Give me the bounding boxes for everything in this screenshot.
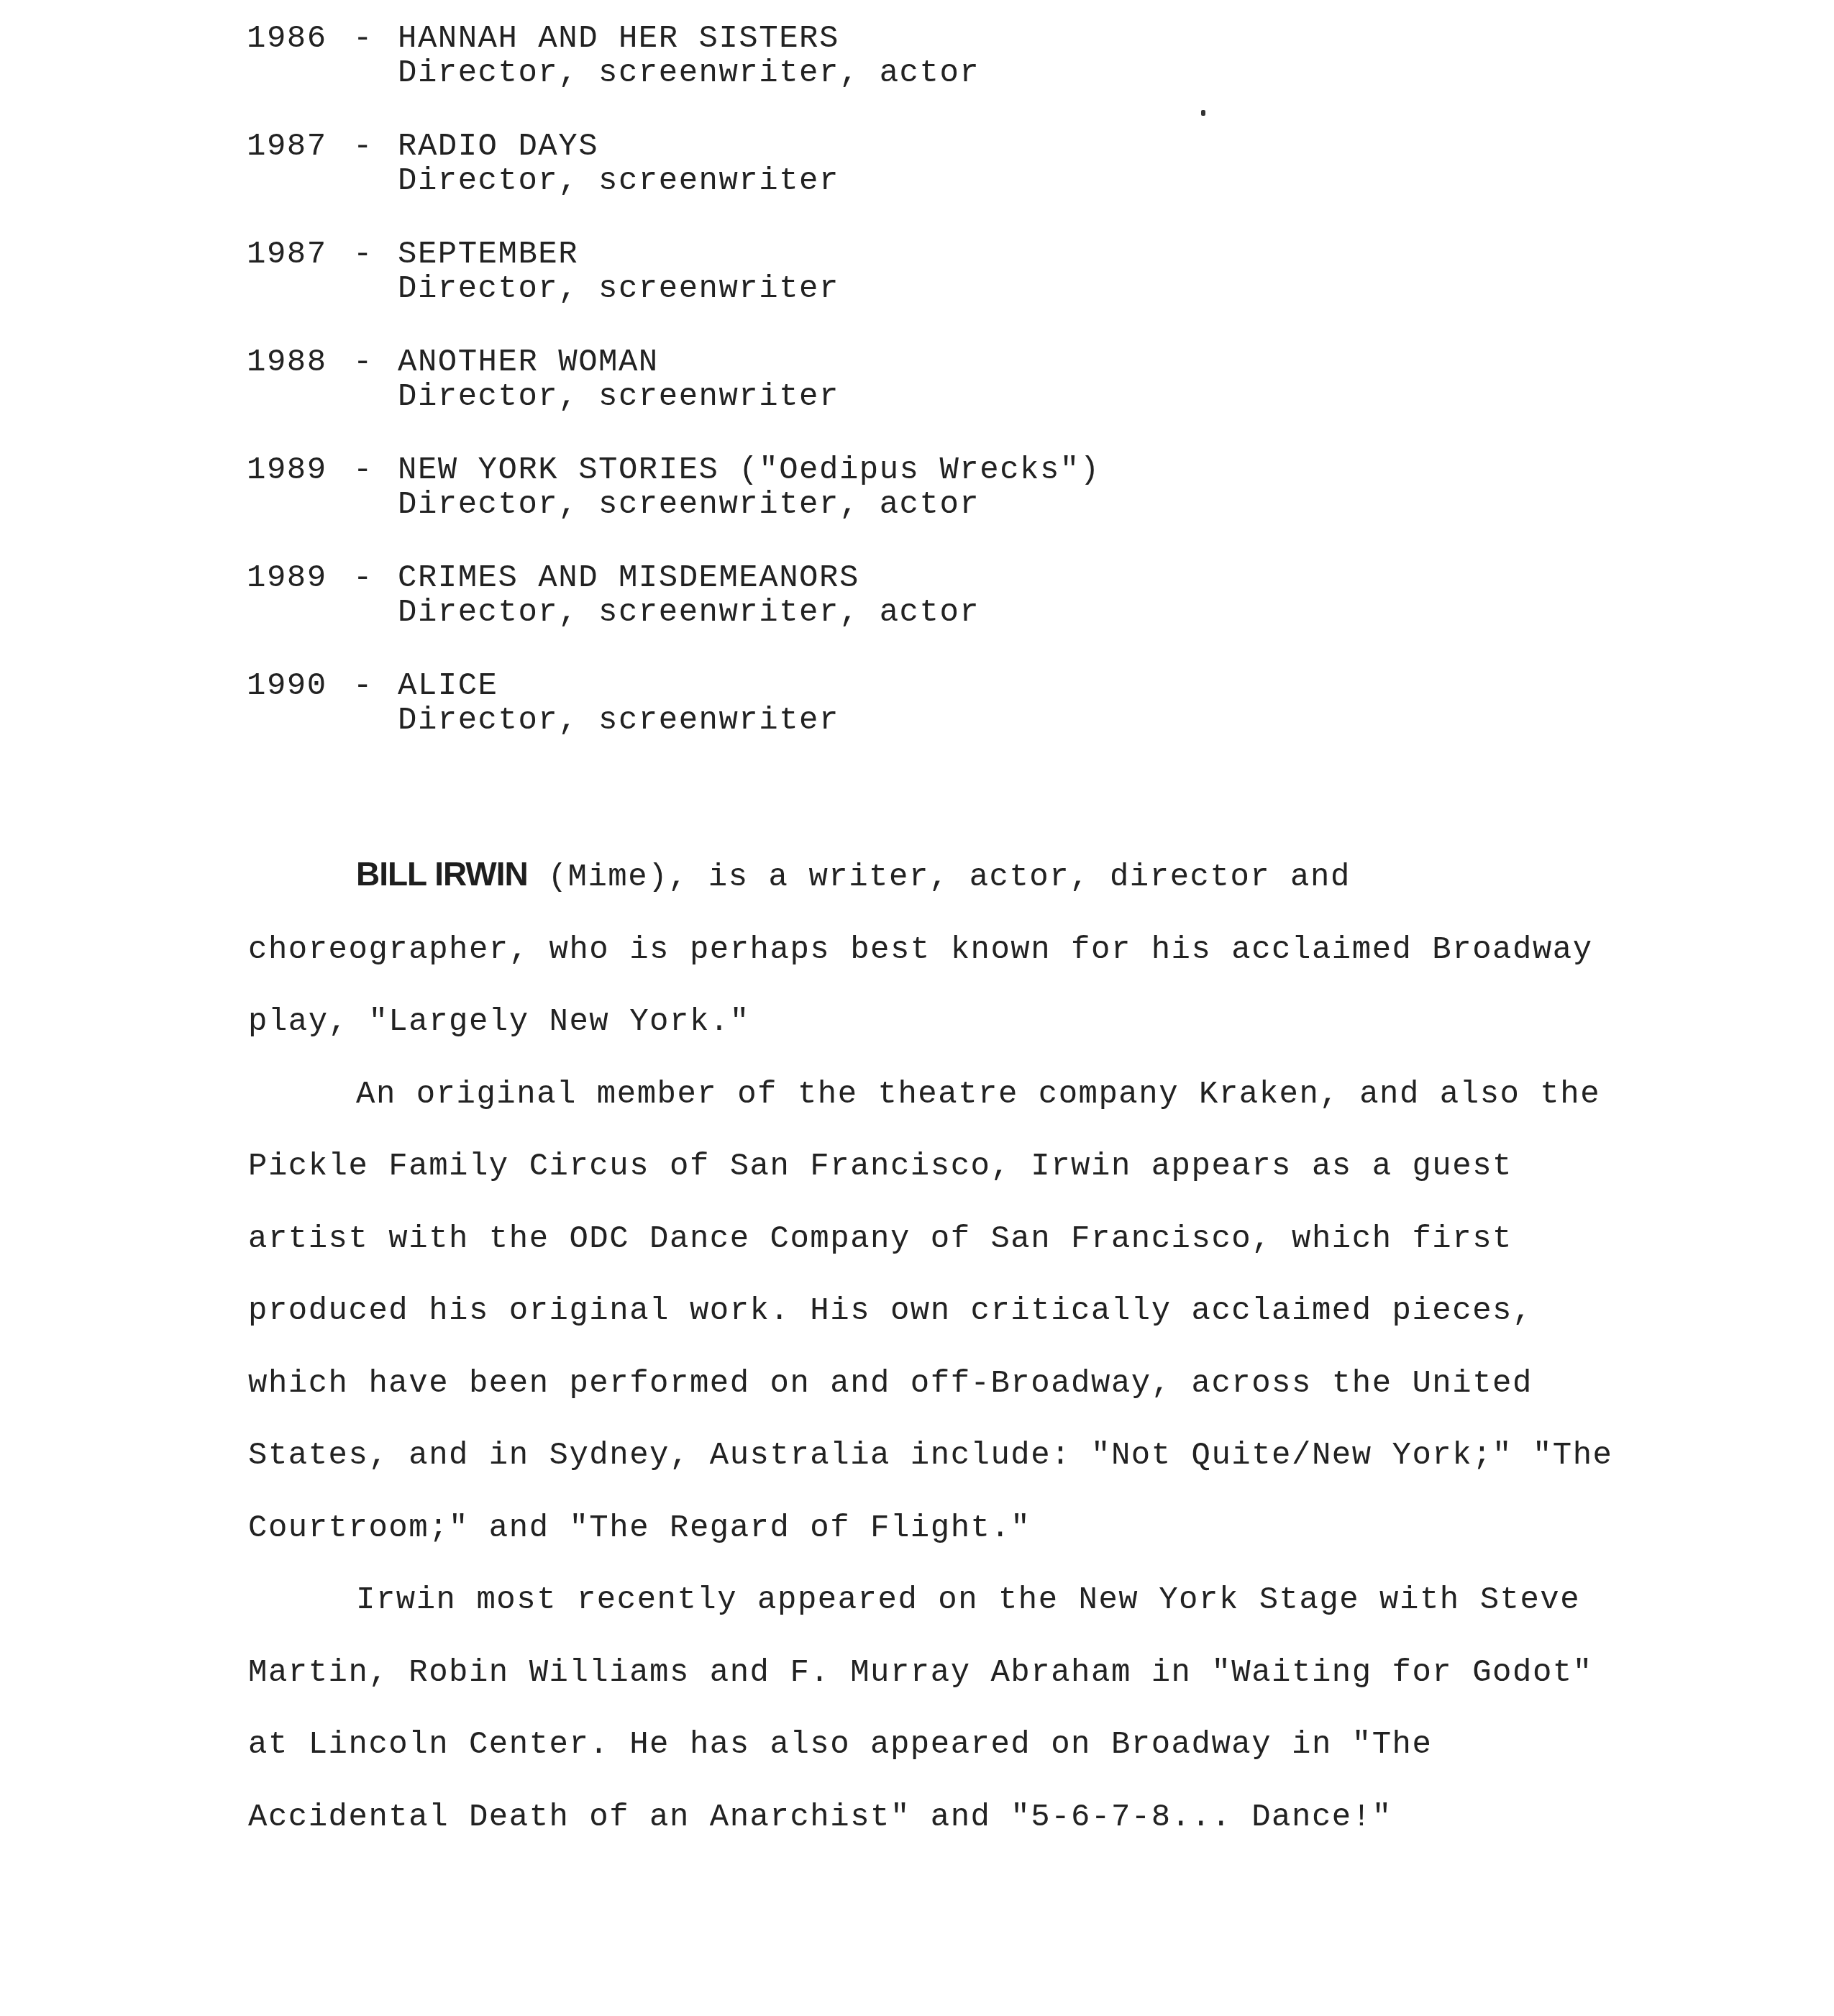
film-roles: Director, screenwriter, actor [247,488,1613,522]
film-title: SEPTEMBER [398,237,578,273]
film-dash: - [353,129,398,164]
film-dash: - [353,345,398,380]
film-dash: - [353,669,398,703]
film-year: 1986 [247,22,353,56]
film-entry: 1989-NEW YORK STORIES ("Oedipus Wrecks")… [247,453,1613,561]
film-year: 1989 [247,453,353,488]
person-name: BILL IRWIN [356,855,528,893]
film-roles: Director, screenwriter, actor [247,596,1613,630]
film-dash: - [353,453,398,488]
film-entry: 1987-SEPTEMBER Director, screenwriter [247,237,1613,345]
film-title: NEW YORK STORIES ("Oedipus Wrecks") [398,452,1100,488]
film-entry: 1987-RADIO DAYS Director, screenwriter [247,129,1613,237]
film-title: ANOTHER WOMAN [398,345,659,380]
film-year: 1989 [247,561,353,596]
film-title: CRIMES AND MISDEMEANORS [398,560,859,596]
filmography-list: 1986-HANNAH AND HER SISTERS Director, sc… [247,22,1613,777]
document-page: 1986-HANNAH AND HER SISTERS Director, sc… [0,0,1834,2016]
biography: BILL IRWIN (Mime), is a writer, actor, d… [248,838,1651,1853]
film-roles: Director, screenwriter [247,164,1613,199]
film-entry: 1986-HANNAH AND HER SISTERS Director, sc… [247,22,1613,129]
film-title: HANNAH AND HER SISTERS [398,21,839,57]
film-dash: - [353,237,398,272]
film-entry: 1990-ALICE Director, screenwriter [247,669,1613,777]
film-roles: Director, screenwriter [247,272,1613,306]
film-title: ALICE [398,668,498,704]
film-entry: 1988-ANOTHER WOMAN Director, screenwrite… [247,345,1613,453]
film-year: 1988 [247,345,353,380]
bio-paragraph: BILL IRWIN (Mime), is a writer, actor, d… [248,838,1651,1059]
film-roles: Director, screenwriter [247,380,1613,414]
scan-speck [1201,110,1205,116]
film-entry: 1989-CRIMES AND MISDEMEANORS Director, s… [247,561,1613,669]
film-roles: Director, screenwriter, actor [247,56,1613,91]
film-roles: Director, screenwriter [247,703,1613,738]
film-dash: - [353,22,398,56]
bio-paragraph: An original member of the theatre compan… [248,1059,1651,1565]
film-year: 1987 [247,129,353,164]
film-year: 1987 [247,237,353,272]
bio-paragraph: Irwin most recently appeared on the New … [248,1564,1651,1853]
film-title: RADIO DAYS [398,129,598,165]
film-dash: - [353,561,398,596]
film-year: 1990 [247,669,353,703]
